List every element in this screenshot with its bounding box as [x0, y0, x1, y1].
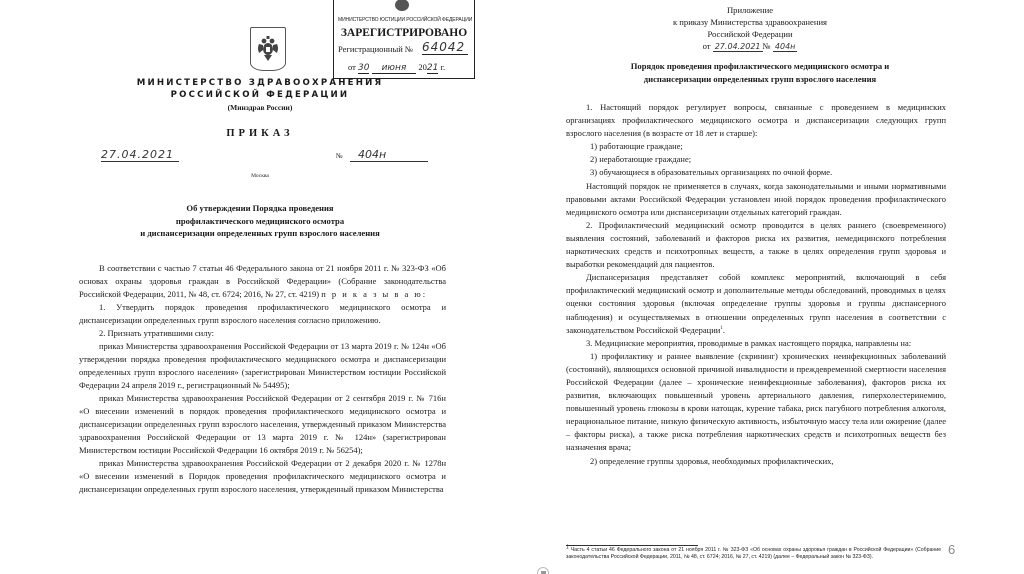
paragraph: 2. Профилактический медицинский осмотр п… [566, 219, 946, 271]
list-item: 2) неработающие граждане; [566, 153, 946, 166]
list-item: 3) обучающиеся в образовательных организ… [566, 166, 946, 179]
order-number: 404н [350, 148, 428, 162]
annex-header: Приложение к приказу Министерства здраво… [600, 4, 900, 53]
stamp-date-suffix: г. [441, 62, 446, 72]
paragraph: Настоящий порядок не применяется в случа… [566, 180, 946, 219]
stamp-reg-label: Регистрационный № [338, 44, 413, 54]
procedure-body: 1. Настоящий порядок регулирует вопросы,… [566, 101, 946, 468]
footnote-reference[interactable]: 1 [720, 326, 723, 331]
stamp-reg-number: 64042 [422, 40, 468, 55]
ministry-name-line1: МИНИСТЕРСТВО ЗДРАВООХРАНЕНИЯ [0, 78, 520, 88]
paragraph: 1. Утвердить порядок проведения профилак… [79, 301, 446, 327]
procedure-title-line: диспансеризации определенных групп взрос… [540, 73, 980, 86]
stamp-emblem-icon [392, 0, 412, 12]
annex-number: 404н [773, 42, 798, 52]
footnote-text: Часть 4 статьи 46 Федерального закона от… [566, 547, 941, 560]
annex-date-prefix: от [703, 41, 711, 51]
list-item: 1) работающие граждане; [566, 140, 946, 153]
paragraph: приказ Министерства здравоохранения Росс… [79, 457, 446, 496]
double-headed-eagle-icon [255, 34, 281, 64]
paragraph: В соответствии с частью 7 статьи 46 Феде… [79, 262, 446, 301]
stamp-date-prefix: от [348, 62, 356, 72]
order-title: Об утверждении Порядка проведения профил… [0, 202, 520, 240]
paragraph: Диспансеризация представляет собой компл… [566, 271, 946, 336]
paragraph: 3. Медицинские мероприятия, проводимые в… [566, 337, 946, 350]
footnote-mark: 1 [566, 544, 569, 550]
stamp-date-day: 30 [358, 63, 369, 74]
page-number: 6 [948, 542, 955, 557]
stamp-date-year-prefix: 20 [418, 62, 427, 72]
annex-number-label: № [763, 41, 771, 51]
footnote-divider [566, 545, 698, 546]
stamp-date: от 30 июня 2021 г. [348, 62, 445, 73]
procedure-title: Порядок проведения профилактического мед… [540, 60, 980, 86]
paragraph: приказ Министерства здравоохранения Росс… [79, 340, 446, 392]
stamp-ministry: МИНИСТЕРСТВО ЮСТИЦИИ РОССИЙСКОЙ ФЕДЕРАЦИ… [338, 17, 472, 23]
list-item: 2) определение группы здоровья, необходи… [566, 455, 946, 468]
annex-line: к приказу Министерства здравоохранения [600, 16, 900, 28]
document-type: ПРИКАЗ [0, 128, 520, 139]
annex-label: Приложение [600, 4, 900, 16]
list-item: 1) профилактику и раннее выявление (скри… [566, 350, 946, 455]
order-title-line: профилактического медицинского осмотра [0, 215, 520, 228]
paragraph: 1. Настоящий порядок регулирует вопросы,… [566, 101, 946, 140]
annex-line: Российской Федерации [600, 28, 900, 40]
paragraph-text: Диспансеризация представляет собой компл… [566, 272, 946, 334]
stamp-date-year-suffix: 21 [427, 63, 438, 74]
city: Москва [0, 173, 520, 179]
ministry-short-name: (Минздрав России) [0, 103, 520, 112]
order-title-line: и диспансеризации определенных групп взр… [0, 227, 520, 240]
order-title-line: Об утверждении Порядка проведения [0, 202, 520, 215]
paragraph: 2. Признать утратившими силу: [79, 327, 446, 340]
ministry-name-line2: РОССИЙСКОЙ ФЕДЕРАЦИИ [0, 90, 520, 100]
stamp-title: ЗАРЕГИСТРИРОВАНО [334, 27, 474, 39]
annex-date-line: от 27.04.2021№ 404н [600, 40, 900, 53]
order-date: 27.04.2021 [101, 148, 179, 162]
order-number-label: № [336, 152, 343, 160]
stamp-date-month: июня [372, 63, 417, 74]
annex-date: 27.04.2021 [713, 42, 763, 52]
footnote: 1 Часть 4 статьи 46 Федерального закона … [566, 547, 941, 561]
coat-of-arms-emblem-icon [250, 27, 286, 71]
paragraph: приказ Министерства здравоохранения Росс… [79, 392, 446, 457]
order-body: В соответствии с частью 7 статьи 46 Феде… [79, 262, 446, 496]
registration-stamp: МИНИСТЕРСТВО ЮСТИЦИИ РОССИЙСКОЙ ФЕДЕРАЦИ… [333, 0, 475, 79]
decree-word: п р и к а з ы в а ю: [321, 289, 427, 299]
procedure-title-line: Порядок проведения профилактического мед… [540, 60, 980, 73]
